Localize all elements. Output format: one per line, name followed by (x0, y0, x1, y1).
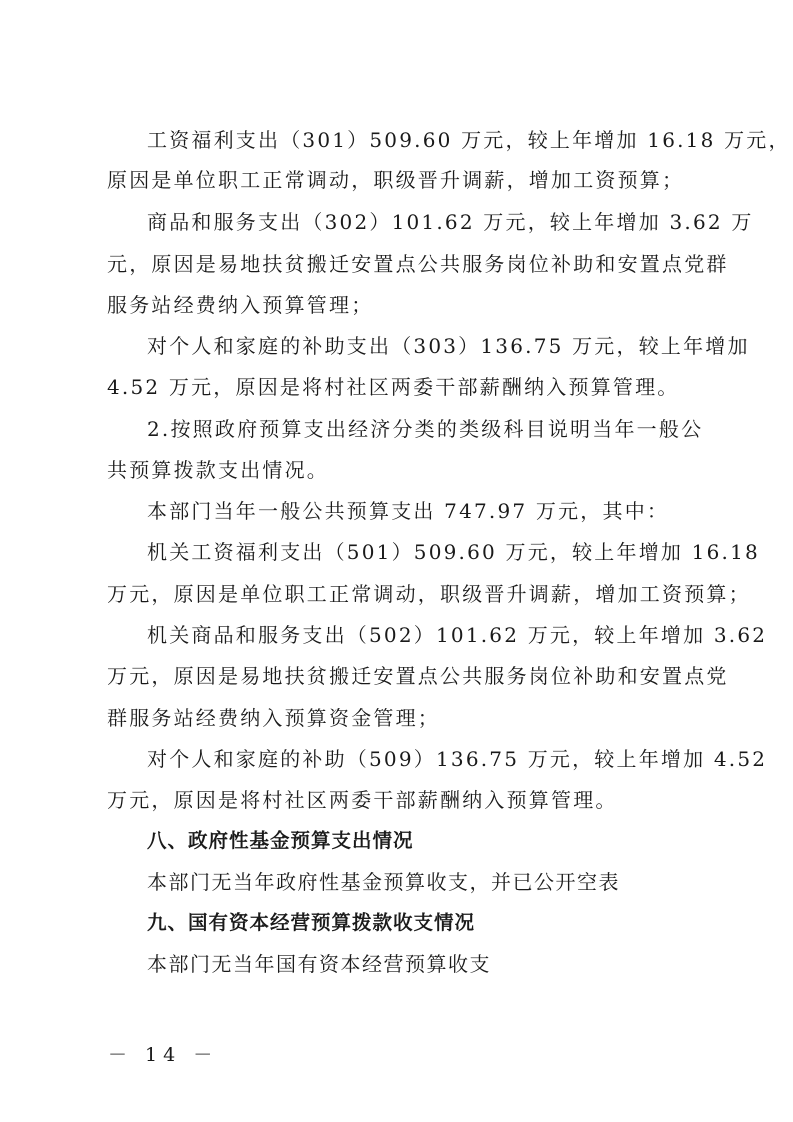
paragraph-line: 对个人和家庭的补助支出（303）136.75 万元，较上年增加 (147, 334, 750, 358)
paragraph-line: 万元，原因是单位职工正常调动，职级晋升调薪，增加工资预算； (107, 582, 751, 606)
paragraph-line: 机关工资福利支出（501）509.60 万元，较上年增加 16.18 (147, 540, 760, 564)
paragraph-line: 工资福利支出（301）509.60 万元，较上年增加 16.18 万元， (147, 128, 791, 152)
paragraph-line: 服务站经费纳入预算管理； (107, 293, 373, 317)
paragraph-line: 元，原因是易地扶贫搬迁安置点公共服务岗位补助和安置点党群 (107, 252, 729, 276)
paragraph-line: 对个人和家庭的补助（509）136.75 万元，较上年增加 4.52 (147, 747, 767, 771)
section-body-8: 本部门无当年政府性基金预算收支，并已公开空表 (147, 870, 620, 894)
paragraph-line: 机关商品和服务支出（502）101.62 万元，较上年增加 3.62 (147, 623, 767, 647)
paragraph-line: 万元，原因是易地扶贫搬迁安置点公共服务岗位补助和安置点党 (107, 664, 729, 688)
paragraph-line: 群服务站经费纳入预算资金管理； (107, 706, 440, 730)
section-heading-8: 八、政府性基金预算支出情况 (147, 829, 414, 853)
paragraph-line: 商品和服务支出（302）101.62 万元，较上年增加 3.62 万 (147, 210, 754, 234)
paragraph-line: 原因是单位职工正常调动，职级晋升调薪，增加工资预算； (107, 168, 684, 192)
section-heading-9: 九、国有资本经营预算拨款收支情况 (147, 911, 475, 935)
page-number: － 14 － (108, 1040, 218, 1067)
paragraph-line: 2.按照政府预算支出经济分类的类级科目说明当年一般公 (147, 417, 703, 441)
section-body-9: 本部门无当年国有资本经营预算收支 (147, 952, 491, 976)
paragraph-line: 本部门当年一般公共预算支出 747.97 万元，其中： (147, 499, 669, 523)
paragraph-line: 共预算拨款支出情况。 (107, 458, 329, 482)
paragraph-line: 万元，原因是将村社区两委干部薪酬纳入预算管理。 (107, 788, 618, 812)
paragraph-line: 4.52 万元，原因是将村社区两委干部薪酬纳入预算管理。 (107, 375, 680, 399)
